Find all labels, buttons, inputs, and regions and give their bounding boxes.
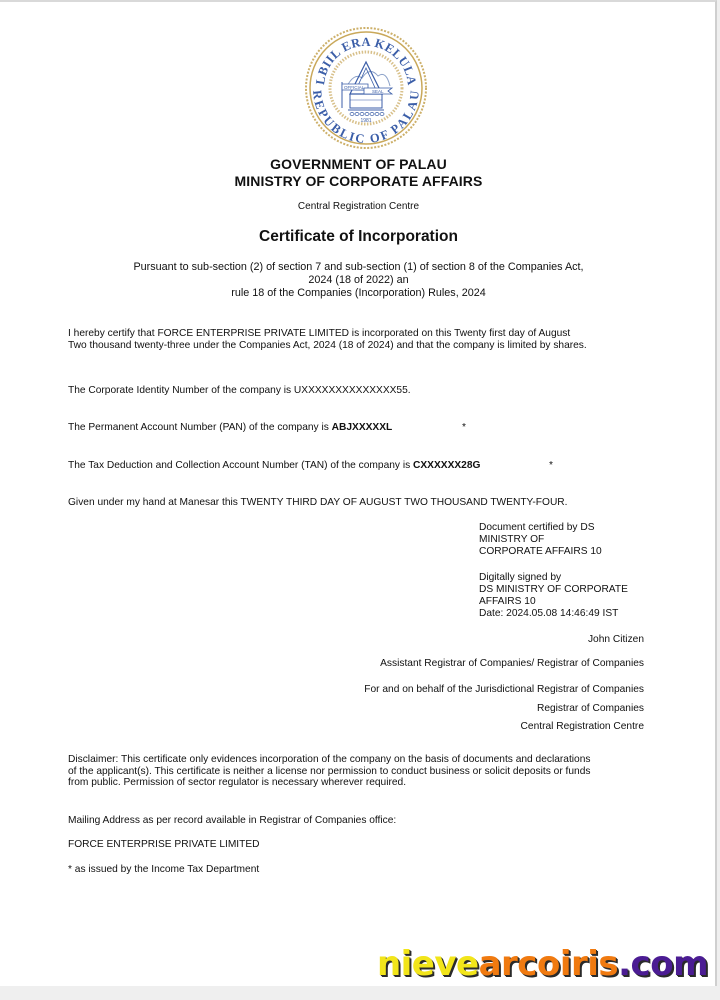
signatory-behalf: For and on behalf of the Jurisdictional …: [364, 684, 644, 696]
pursuant-text: Pursuant to sub-section (2) of section 7…: [0, 261, 717, 300]
tan-asterisk: *: [549, 460, 553, 472]
asterisk-footnote: * as issued by the Income Tax Department: [68, 864, 259, 876]
signature-date: Date: 2024.05.08 14:46:49 IST: [479, 608, 628, 620]
watermark-logo: nievearcoiris.com: [377, 944, 708, 984]
svg-text:1981: 1981: [360, 118, 371, 124]
tan-label: The Tax Deduction and Collection Account…: [68, 460, 413, 471]
digital-signature-block: Digitally signed by DS MINISTRY OF CORPO…: [479, 572, 628, 620]
certificate-page: OLBIIL ERA KELULAU REPUBLIC OF PALAU OFF…: [0, 0, 717, 986]
certified-by-block: Document certified by DS MINISTRY OF COR…: [479, 522, 602, 558]
disclaimer-line: of the applicant(s). This certificate is…: [68, 766, 590, 778]
pan-asterisk: *: [462, 422, 466, 434]
certified-line: Document certified by DS: [479, 522, 602, 534]
pursuant-line: rule 18 of the Companies (Incorporation)…: [0, 287, 717, 300]
pan-value: ABJXXXXXL: [332, 422, 393, 433]
disclaimer-line: from public. Permission of sector regula…: [68, 777, 590, 789]
signatory-office: Registrar of Companies: [537, 703, 644, 715]
certified-line: MINISTRY OF: [479, 534, 602, 546]
pursuant-line: Pursuant to sub-section (2) of section 7…: [0, 261, 717, 274]
mailing-address-label: Mailing Address as per record available …: [68, 815, 396, 827]
tan-statement: The Tax Deduction and Collection Account…: [68, 460, 480, 472]
pursuant-line: 2024 (18 of 2022) an: [0, 274, 717, 287]
government-heading: GOVERNMENT OF PALAU: [0, 156, 717, 172]
disclaimer-line: Disclaimer: This certificate only eviden…: [68, 754, 590, 766]
cin-statement: The Corporate Identity Number of the com…: [68, 385, 411, 397]
svg-text:OFFICIAL: OFFICIAL: [344, 85, 365, 90]
signed-line: DS MINISTRY OF CORPORATE: [479, 584, 628, 596]
signed-line: AFFAIRS 10: [479, 596, 628, 608]
certificate-title: Certificate of Incorporation: [0, 228, 717, 246]
pan-statement: The Permanent Account Number (PAN) of th…: [68, 422, 392, 434]
certify-paragraph: I hereby certify that FORCE ENTERPRISE P…: [68, 328, 587, 352]
certified-line: CORPORATE AFFAIRS 10: [479, 546, 602, 558]
given-statement: Given under my hand at Manesar this TWEN…: [68, 497, 568, 509]
disclaimer-paragraph: Disclaimer: This certificate only eviden…: [68, 754, 590, 789]
palau-seal-icon: OLBIIL ERA KELULAU REPUBLIC OF PALAU OFF…: [304, 26, 428, 150]
ministry-heading: MINISTRY OF CORPORATE AFFAIRS: [0, 173, 717, 189]
watermark-part-arcoiris: arcoiris: [479, 944, 619, 984]
watermark-part-nieve: nieve: [377, 944, 479, 984]
certify-line: I hereby certify that FORCE ENTERPRISE P…: [68, 328, 587, 340]
signatory-centre: Central Registration Centre: [521, 721, 644, 733]
signatory-name: John Citizen: [588, 634, 644, 646]
svg-text:SEAL: SEAL: [372, 89, 384, 94]
certify-line: Two thousand twenty-three under the Comp…: [68, 340, 587, 352]
centre-subheading: Central Registration Centre: [0, 201, 717, 212]
signatory-role: Assistant Registrar of Companies/ Regist…: [380, 658, 644, 670]
mailing-address-name: FORCE ENTERPRISE PRIVATE LIMITED: [68, 839, 260, 851]
watermark-part-com: .com: [618, 944, 708, 984]
signed-line: Digitally signed by: [479, 572, 628, 584]
tan-value: CXXXXXX28G: [413, 460, 480, 471]
pan-label: The Permanent Account Number (PAN) of th…: [68, 422, 332, 433]
